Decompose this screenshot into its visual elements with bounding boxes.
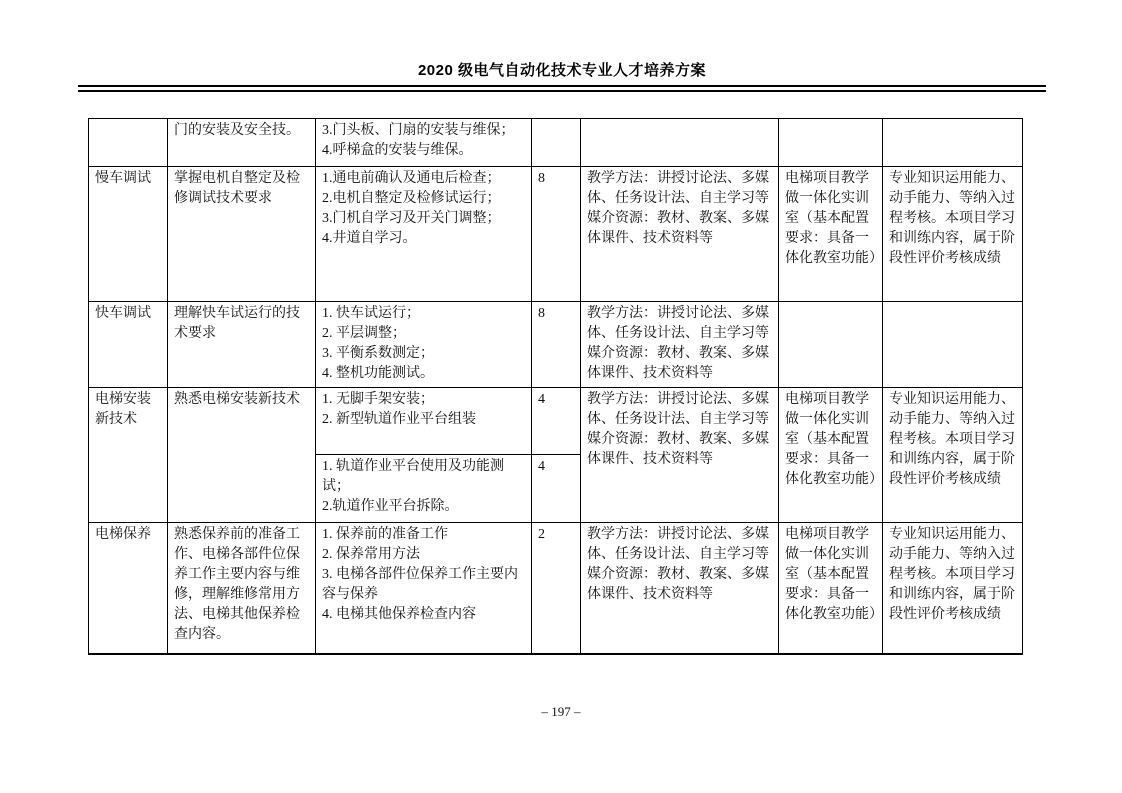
requirement-cell: 理解快车试运行的技术要求 [168, 302, 316, 388]
content-line: 1. 快车试运行； [322, 304, 525, 324]
content-cell: 1.通电前确认及通电后检查； 2.电机自整定及检修试运行； 3.门机自学习及开关… [316, 167, 532, 302]
methods-cell: 教学方法：讲授讨论法、多媒体、任务设计法、自主学习等 媒介资源：教材、教案、多媒… [581, 523, 779, 655]
methods-line: 教学方法：讲授讨论法、多媒体、任务设计法、自主学习等 [587, 390, 772, 430]
content-line: 4. 电梯其他保养检查内容 [322, 605, 525, 625]
module-cell: 慢车调试 [89, 167, 168, 302]
requirement-text: 掌握电机自整定及检修调试技术要求 [174, 169, 309, 209]
assessment-text: 专业知识运用能力、动手能力、等纳入过程考核。本项目学习和训练内容，属于阶段性评价… [889, 169, 1016, 269]
media-resources-line: 媒介资源：教材、教案、多媒体课件、技术资料等 [587, 430, 772, 470]
methods-line: 教学方法：讲授讨论法、多媒体、任务设计法、自主学习等 [587, 169, 772, 209]
module-cell: 电梯安装 新技术 [89, 388, 168, 523]
requirement-text: 熟悉电梯安装新技术 [174, 390, 309, 410]
module-name-line: 新技术 [95, 410, 161, 430]
assessment-cell-empty [883, 119, 1023, 167]
content-line: 2.轨道作业平台拆除。 [322, 497, 525, 517]
hours-cell: 8 [532, 302, 581, 388]
content-line: 4.井道自学习。 [322, 229, 525, 249]
content-line: 3. 平衡系数测定； [322, 344, 525, 364]
room-cell-empty [779, 119, 883, 167]
room-cell: 电梯项目教学做一体化实训室（基本配置要求：具备一体化教室功能） [779, 167, 883, 302]
content-line: 2. 平层调整； [322, 324, 525, 344]
document-page: 2020 级电气自动化技术专业人才培养方案 门的安装及安全技。 3.门头板、门扇… [0, 0, 1122, 793]
methods-cell: 教学方法：讲授讨论法、多媒体、任务设计法、自主学习等 媒介资源：教材、教案、多媒… [581, 388, 779, 523]
content-line: 1. 无脚手架安装； [322, 390, 525, 410]
module-name: 慢车调试 [95, 169, 161, 189]
content-line: 1.通电前确认及通电后检查； [322, 169, 525, 189]
media-resources-line: 媒介资源：教材、教案、多媒体课件、技术资料等 [587, 565, 772, 605]
assessment-text: 专业知识运用能力、动手能力、等纳入过程考核。本项目学习和训练内容，属于阶段性评价… [889, 390, 1016, 490]
table-row-slow-car-debug: 慢车调试 掌握电机自整定及检修调试技术要求 1.通电前确认及通电后检查； 2.电… [89, 167, 1023, 302]
media-resources-line: 媒介资源：教材、教案、多媒体课件、技术资料等 [587, 209, 772, 249]
methods-cell: 教学方法：讲授讨论法、多媒体、任务设计法、自主学习等 媒介资源：教材、教案、多媒… [581, 302, 779, 388]
page-number: – 197 – [0, 704, 1122, 720]
methods-line: 教学方法：讲授讨论法、多媒体、任务设计法、自主学习等 [587, 304, 772, 344]
content-cell: 1. 轨道作业平台使用及功能测试； 2.轨道作业平台拆除。 [316, 455, 532, 523]
assessment-cell-empty [883, 302, 1023, 388]
methods-line: 教学方法：讲授讨论法、多媒体、任务设计法、自主学习等 [587, 525, 772, 565]
room-text: 电梯项目教学做一体化实训室（基本配置要求：具备一体化教室功能） [785, 525, 876, 625]
hours-cell-empty [532, 119, 581, 167]
table-row-carryover: 门的安装及安全技。 3.门头板、门扇的安装与维保； 4.呼梯盒的安装与维保。 [89, 119, 1023, 167]
room-cell: 电梯项目教学做一体化实训室（基本配置要求：具备一体化教室功能） [779, 523, 883, 655]
course-plan-table: 门的安装及安全技。 3.门头板、门扇的安装与维保； 4.呼梯盒的安装与维保。 慢… [88, 118, 1023, 655]
assessment-cell: 专业知识运用能力、动手能力、等纳入过程考核。本项目学习和训练内容，属于阶段性评价… [883, 167, 1023, 302]
module-name: 电梯保养 [95, 525, 161, 545]
room-text: 电梯项目教学做一体化实训室（基本配置要求：具备一体化教室功能） [785, 169, 876, 269]
media-resources-line: 媒介资源：教材、教案、多媒体课件、技术资料等 [587, 344, 772, 384]
module-name-line: 电梯安装 [95, 390, 161, 410]
content-line: 3. 电梯各部件位保养工作主要内容与保养 [322, 565, 525, 605]
assessment-cell: 专业知识运用能力、动手能力、等纳入过程考核。本项目学习和训练内容，属于阶段性评价… [883, 523, 1023, 655]
room-text: 电梯项目教学做一体化实训室（基本配置要求：具备一体化教室功能） [785, 390, 876, 490]
methods-cell-empty [581, 119, 779, 167]
content-cell: 1. 快车试运行； 2. 平层调整； 3. 平衡系数测定； 4. 整机功能测试。 [316, 302, 532, 388]
content-line: 2.电机自整定及检修试运行； [322, 189, 525, 209]
page-title: 2020 级电气自动化技术专业人才培养方案 [78, 59, 1046, 80]
requirement-cell: 掌握电机自整定及检修调试技术要求 [168, 167, 316, 302]
assessment-text: 专业知识运用能力、动手能力、等纳入过程考核。本项目学习和训练内容，属于阶段性评价… [889, 525, 1016, 625]
requirement-text: 熟悉保养前的准备工作、电梯各部件位保养工作主要内容与维修，理解维修常用方法、电梯… [174, 525, 309, 645]
room-cell: 电梯项目教学做一体化实训室（基本配置要求：具备一体化教室功能） [779, 388, 883, 523]
requirement-text: 理解快车试运行的技术要求 [174, 304, 309, 344]
content-line: 1. 保养前的准备工作 [322, 525, 525, 545]
hours-cell: 2 [532, 523, 581, 655]
module-cell: 快车调试 [89, 302, 168, 388]
table-row-elevator-maintenance: 电梯保养 熟悉保养前的准备工作、电梯各部件位保养工作主要内容与维修，理解维修常用… [89, 523, 1023, 655]
content-line: 2. 新型轨道作业平台组装 [322, 410, 525, 430]
methods-cell: 教学方法：讲授讨论法、多媒体、任务设计法、自主学习等 媒介资源：教材、教案、多媒… [581, 167, 779, 302]
requirement-cell: 门的安装及安全技。 [168, 119, 316, 167]
hours-cell: 4 [532, 388, 581, 455]
table-row-install-new-tech-a: 电梯安装 新技术 熟悉电梯安装新技术 1. 无脚手架安装； 2. 新型轨道作业平… [89, 388, 1023, 455]
module-cell: 电梯保养 [89, 523, 168, 655]
content-line: 1. 轨道作业平台使用及功能测试； [322, 457, 525, 497]
table-row-fast-car-debug: 快车调试 理解快车试运行的技术要求 1. 快车试运行； 2. 平层调整； 3. … [89, 302, 1023, 388]
requirement-text: 门的安装及安全技。 [174, 121, 309, 141]
content-line: 4.呼梯盒的安装与维保。 [322, 141, 525, 161]
hours-cell: 8 [532, 167, 581, 302]
content-cell: 3.门头板、门扇的安装与维保； 4.呼梯盒的安装与维保。 [316, 119, 532, 167]
content-line: 3.门头板、门扇的安装与维保； [322, 121, 525, 141]
room-cell-empty [779, 302, 883, 388]
requirement-cell: 熟悉电梯安装新技术 [168, 388, 316, 523]
content-cell: 1. 保养前的准备工作 2. 保养常用方法 3. 电梯各部件位保养工作主要内容与… [316, 523, 532, 655]
module-cell-empty [89, 119, 168, 167]
content-line: 3.门机自学习及开关门调整； [322, 209, 525, 229]
header-double-rule [78, 85, 1046, 92]
content-cell: 1. 无脚手架安装； 2. 新型轨道作业平台组装 [316, 388, 532, 455]
requirement-cell: 熟悉保养前的准备工作、电梯各部件位保养工作主要内容与维修，理解维修常用方法、电梯… [168, 523, 316, 655]
content-line: 2. 保养常用方法 [322, 545, 525, 565]
module-name: 快车调试 [95, 304, 161, 324]
hours-cell: 4 [532, 455, 581, 523]
content-line: 4. 整机功能测试。 [322, 364, 525, 384]
assessment-cell: 专业知识运用能力、动手能力、等纳入过程考核。本项目学习和训练内容，属于阶段性评价… [883, 388, 1023, 523]
